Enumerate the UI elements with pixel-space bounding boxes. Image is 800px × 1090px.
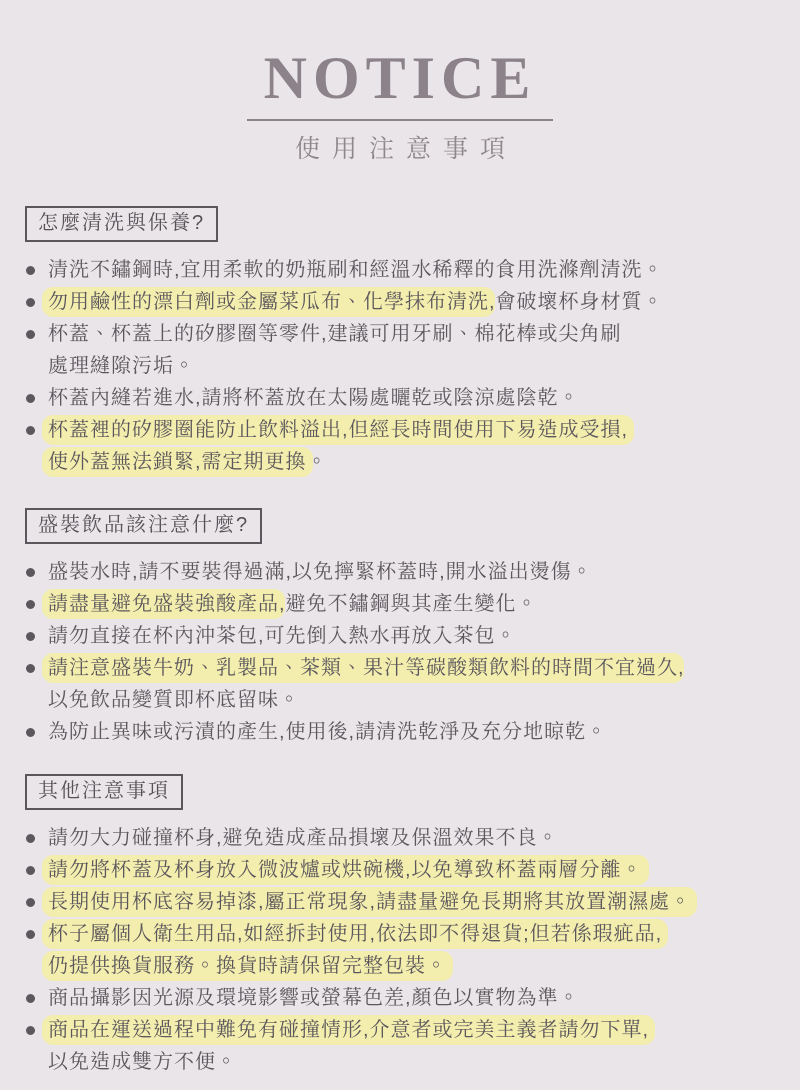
item-text: 處理縫隙污垢。 (48, 355, 195, 377)
item-line: 請勿大力碰撞杯身,避免造成產品損壞及保溫效果不良。 (48, 822, 780, 854)
item-text: 杯蓋、杯蓋上的矽膠圈等零件,建議可用牙刷、棉花棒或尖角刷 (48, 323, 622, 345)
item-text: 為防止異味或污漬的產生,使用後,請清洗乾淨及充分地晾乾。 (48, 721, 607, 743)
list-item: 商品在運送過程中難免有碰撞情形,介意者或完美主義者請勿下單,以免造成雙方不便。 (25, 1014, 780, 1078)
section-heading-cleaning: 怎麼清洗與保養? (25, 206, 218, 242)
item-line: 杯蓋裡的矽膠圈能防止飲料溢出,但經長時間使用下易造成受損, (48, 414, 780, 446)
bullet-icon (26, 728, 35, 737)
page-title: NOTICE (0, 42, 800, 114)
item-line: 杯蓋、杯蓋上的矽膠圈等零件,建議可用牙刷、棉花棒或尖角刷 (48, 318, 780, 350)
highlighted-text: 杯蓋裡的矽膠圈能防止飲料溢出,但經長時間使用下易造成受損, (42, 415, 634, 445)
item-line: 處理縫隙污垢。 (48, 350, 780, 382)
highlighted-text: 請注意盛裝牛奶、乳製品、茶類、果汁等碳酸類飲料的時間不宜過久 (42, 653, 684, 683)
section-heading-drinks: 盛裝飲品該注意什麼? (25, 508, 262, 544)
bullet-icon (26, 426, 35, 435)
notice-sections: 怎麼清洗與保養?清洗不鏽鋼時,宜用柔軟的奶瓶刷和經溫水稀釋的食用洗滌劑清洗。勿用… (0, 206, 800, 1078)
list-item: 請勿將杯蓋及杯身放入微波爐或烘碗機,以免導致杯蓋兩層分離。 (25, 854, 780, 886)
bullet-icon (26, 898, 35, 907)
item-line: 請勿將杯蓋及杯身放入微波爐或烘碗機,以免導致杯蓋兩層分離。 (48, 854, 780, 886)
list-item: 請勿直接在杯內沖茶包,可先倒入熱水再放入茶包。 (25, 620, 780, 652)
bullet-icon (26, 866, 35, 875)
item-line: 商品攝影因光源及環境影響或螢幕色差,顏色以實物為準。 (48, 982, 780, 1014)
item-line: 請注意盛裝牛奶、乳製品、茶類、果汁等碳酸類飲料的時間不宜過久, (48, 652, 780, 684)
item-line: 清洗不鏽鋼時,宜用柔軟的奶瓶刷和經溫水稀釋的食用洗滌劑清洗。 (48, 254, 780, 286)
bullet-icon (26, 664, 35, 673)
item-line: 仍提供換貨服務。換貨時請保留完整包裝。 (48, 950, 780, 982)
item-text: 盛裝水時,請不要裝得過滿,以免擰緊杯蓋時,開水溢出燙傷。 (48, 561, 593, 583)
section-cleaning: 怎麼清洗與保養?清洗不鏽鋼時,宜用柔軟的奶瓶刷和經溫水稀釋的食用洗滌劑清洗。勿用… (25, 206, 780, 478)
item-line: 杯蓋內縫若進水,請將杯蓋放在太陽處曬乾或陰涼處陰乾。 (48, 382, 780, 414)
item-text: 以免造成雙方不便。 (48, 1051, 237, 1073)
highlighted-text: 請盡量避免盛裝強酸產品 (42, 589, 285, 619)
bullet-icon (26, 930, 35, 939)
list-item: 勿用鹼性的漂白劑或金屬菜瓜布、化學抹布清洗,會破壞杯身材質。 (25, 286, 780, 318)
bullet-icon (26, 298, 35, 307)
item-line: 盛裝水時,請不要裝得過滿,以免擰緊杯蓋時,開水溢出燙傷。 (48, 556, 780, 588)
item-line: 商品在運送過程中難免有碰撞情形,介意者或完美主義者請勿下單, (48, 1014, 780, 1046)
list-item: 為防止異味或污漬的產生,使用後,請清洗乾淨及充分地晾乾。 (25, 716, 780, 748)
section-other: 其他注意事項請勿大力碰撞杯身,避免造成產品損壞及保溫效果不良。請勿將杯蓋及杯身放… (25, 774, 780, 1078)
item-line: 以免造成雙方不便。 (48, 1046, 780, 1078)
list-item: 清洗不鏽鋼時,宜用柔軟的奶瓶刷和經溫水稀釋的食用洗滌劑清洗。 (25, 254, 780, 286)
bullet-icon (26, 632, 35, 641)
item-line: 勿用鹼性的漂白劑或金屬菜瓜布、化學抹布清洗,會破壞杯身材質。 (48, 286, 780, 318)
highlighted-text: 杯子屬個人衛生用品,如經拆封使用,依法即不得退貨;但若係瑕疵品, (42, 919, 668, 949)
notice-list: 清洗不鏽鋼時,宜用柔軟的奶瓶刷和經溫水稀釋的食用洗滌劑清洗。勿用鹼性的漂白劑或金… (25, 254, 780, 478)
highlighted-text: 使外蓋無法鎖緊,需定期更換 (42, 447, 313, 477)
list-item: 請盡量避免盛裝強酸產品,避免不鏽鋼與其產生變化。 (25, 588, 780, 620)
notice-list: 請勿大力碰撞杯身,避免造成產品損壞及保溫效果不良。請勿將杯蓋及杯身放入微波爐或烘… (25, 822, 780, 1078)
page-header: NOTICE 使用注意事項 (0, 0, 800, 164)
section-heading-other: 其他注意事項 (25, 774, 183, 810)
list-item: 盛裝水時,請不要裝得過滿,以免擰緊杯蓋時,開水溢出燙傷。 (25, 556, 780, 588)
item-line: 長期使用杯底容易掉漆,屬正常現象,請盡量避免長期將其放置潮濕處。 (48, 886, 780, 918)
item-text: 請勿大力碰撞杯身,避免造成產品損壞及保溫效果不良。 (48, 827, 559, 849)
title-underline (247, 119, 553, 121)
highlighted-text: 仍提供換貨服務。換貨時請保留完整包裝。 (42, 951, 453, 981)
bullet-icon (26, 994, 35, 1003)
notice-page: NOTICE 使用注意事項 怎麼清洗與保養?清洗不鏽鋼時,宜用柔軟的奶瓶刷和經溫… (0, 0, 800, 1090)
item-line: 使外蓋無法鎖緊,需定期更換。 (48, 446, 780, 478)
list-item: 商品攝影因光源及環境影響或螢幕色差,顏色以實物為準。 (25, 982, 780, 1014)
list-item: 長期使用杯底容易掉漆,屬正常現象,請盡量避免長期將其放置潮濕處。 (25, 886, 780, 918)
item-text: 商品攝影因光源及環境影響或螢幕色差,顏色以實物為準。 (48, 987, 580, 1009)
bullet-icon (26, 1026, 35, 1035)
list-item: 杯蓋裡的矽膠圈能防止飲料溢出,但經長時間使用下易造成受損,使外蓋無法鎖緊,需定期… (25, 414, 780, 478)
section-drinks: 盛裝飲品該注意什麼?盛裝水時,請不要裝得過滿,以免擰緊杯蓋時,開水溢出燙傷。請盡… (25, 508, 780, 748)
page-subtitle: 使用注意事項 (0, 134, 800, 164)
item-text: ,避免不鏽鋼與其產生變化。 (279, 593, 538, 615)
highlighted-text: 長期使用杯底容易掉漆,屬正常現象,請盡量避免長期將其放置潮濕處。 (42, 887, 697, 917)
item-line: 為防止異味或污漬的產生,使用後,請清洗乾淨及充分地晾乾。 (48, 716, 780, 748)
item-text: 以免飲品變質即杯底留味。 (48, 689, 300, 711)
bullet-icon (26, 394, 35, 403)
list-item: 請勿大力碰撞杯身,避免造成產品損壞及保溫效果不良。 (25, 822, 780, 854)
item-text: 。 (307, 451, 328, 473)
highlighted-text: 請勿將杯蓋及杯身放入微波爐或烘碗機,以免導致杯蓋兩層分離。 (42, 855, 649, 885)
item-line: 請勿直接在杯內沖茶包,可先倒入熱水再放入茶包。 (48, 620, 780, 652)
item-text: , (678, 657, 685, 679)
item-text: ,會破壞杯身材質。 (489, 291, 664, 313)
item-text: 清洗不鏽鋼時,宜用柔軟的奶瓶刷和經溫水稀釋的食用洗滌劑清洗。 (48, 259, 664, 281)
list-item: 杯蓋內縫若進水,請將杯蓋放在太陽處曬乾或陰涼處陰乾。 (25, 382, 780, 414)
notice-list: 盛裝水時,請不要裝得過滿,以免擰緊杯蓋時,開水溢出燙傷。請盡量避免盛裝強酸產品,… (25, 556, 780, 748)
list-item: 請注意盛裝牛奶、乳製品、茶類、果汁等碳酸類飲料的時間不宜過久,以免飲品變質即杯底… (25, 652, 780, 716)
bullet-icon (26, 600, 35, 609)
item-line: 請盡量避免盛裝強酸產品,避免不鏽鋼與其產生變化。 (48, 588, 780, 620)
highlighted-text: 商品在運送過程中難免有碰撞情形,介意者或完美主義者請勿下單, (42, 1015, 655, 1045)
item-line: 以免飲品變質即杯底留味。 (48, 684, 780, 716)
bullet-icon (26, 266, 35, 275)
bullet-icon (26, 834, 35, 843)
bullet-icon (26, 330, 35, 339)
item-text: 請勿直接在杯內沖茶包,可先倒入熱水再放入茶包。 (48, 625, 517, 647)
list-item: 杯蓋、杯蓋上的矽膠圈等零件,建議可用牙刷、棉花棒或尖角刷處理縫隙污垢。 (25, 318, 780, 382)
item-line: 杯子屬個人衛生用品,如經拆封使用,依法即不得退貨;但若係瑕疵品, (48, 918, 780, 950)
list-item: 杯子屬個人衛生用品,如經拆封使用,依法即不得退貨;但若係瑕疵品,仍提供換貨服務。… (25, 918, 780, 982)
bullet-icon (26, 568, 35, 577)
item-text: 杯蓋內縫若進水,請將杯蓋放在太陽處曬乾或陰涼處陰乾。 (48, 387, 580, 409)
highlighted-text: 勿用鹼性的漂白劑或金屬菜瓜布、化學抹布清洗 (42, 287, 495, 317)
